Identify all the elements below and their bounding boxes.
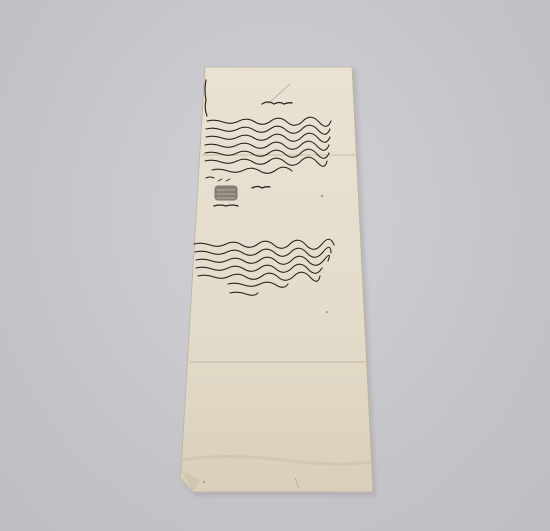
- photo-scene: Photograph of an aged handwritten Ottoma…: [0, 0, 550, 531]
- document-photo: [0, 0, 550, 531]
- paper-sheet: [180, 67, 373, 492]
